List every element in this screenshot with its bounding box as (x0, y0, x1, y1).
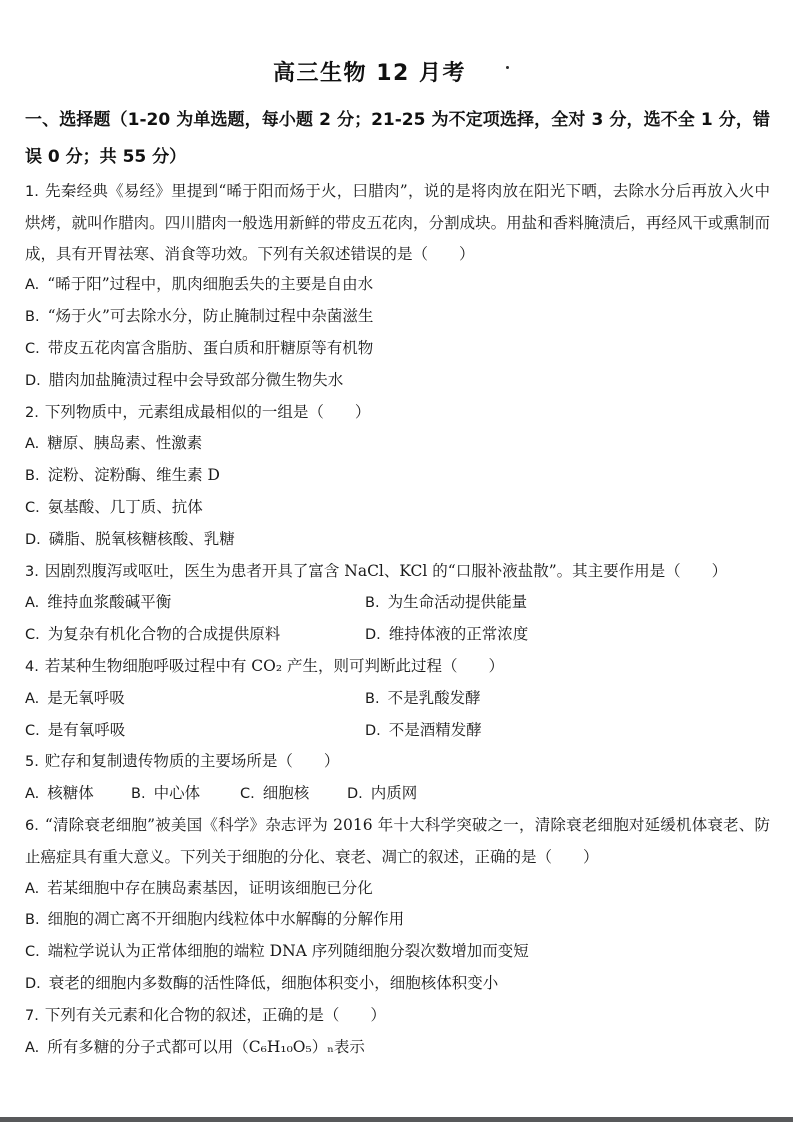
option-label: A. (25, 595, 47, 611)
option-text: 端粒学说认为正常体细胞的端粒 DNA 序列随细胞分裂次数增加而变短 (48, 942, 529, 960)
option-a: A.核糖体 (25, 778, 131, 810)
question-body: “清除衰老细胞”被美国《科学》杂志评为 2016 年十大科学突破之一，清除衰老细… (25, 816, 770, 866)
question-text: 2.下列物质中，元素组成最相似的一组是（ ） (25, 397, 770, 429)
option-label: B. (365, 691, 388, 707)
option-label: D. (25, 532, 49, 548)
option-d: D.磷脂、脱氧核糖核酸、乳糖 (25, 524, 770, 556)
option-text: 带皮五花肉富含脂肪、蛋白质和肝糖原等有机物 (48, 339, 374, 357)
option-label: D. (25, 373, 49, 389)
question-list: 1.先秦经典《易经》里提到“晞于阳而炀于火，曰腊肉”，说的是将肉放在阳光下晒，去… (25, 176, 770, 1063)
option-b: B.不是乳酸发酵 (365, 683, 770, 715)
option-c: C.是有氧呼吸 (25, 715, 365, 747)
page-content: 高三生物 12 月考 一、选择题（1-20 为单选题，每小题 2 分；21-25… (0, 0, 793, 1063)
question-body: 若某种生物细胞呼吸过程中有 CO₂ 产生，则可判断此过程（ ） (45, 657, 504, 675)
question-body: 下列有关元素和化合物的叙述，正确的是（ ） (45, 1006, 386, 1024)
option-label: A. (25, 277, 47, 293)
section-header: 一、选择题（1-20 为单选题，每小题 2 分；21-25 为不定项选择，全对 … (25, 102, 770, 176)
option-text: 细胞核 (263, 784, 310, 802)
option-b: B.细胞的凋亡离不开细胞内线粒体中水解酶的分解作用 (25, 904, 770, 936)
option-c: C.端粒学说认为正常体细胞的端粒 DNA 序列随细胞分裂次数增加而变短 (25, 936, 770, 968)
option-text: 中心体 (154, 784, 201, 802)
option-c: C.为复杂有机化合物的合成提供原料 (25, 619, 365, 651)
option-b: B.中心体 (131, 778, 240, 810)
question-number: 7. (25, 1008, 45, 1024)
option-text: 核糖体 (47, 784, 94, 802)
option-text: 糖原、胰岛素、性激素 (47, 434, 202, 452)
option-d: D.腊肉加盐腌渍过程中会导致部分微生物失水 (25, 365, 770, 397)
question-body: 下列物质中，元素组成最相似的一组是（ ） (45, 403, 371, 421)
options-list: A.维持血浆酸碱平衡 B.为生命活动提供能量 C.为复杂有机化合物的合成提供原料… (25, 587, 770, 651)
question-3: 3.因剧烈腹泻或呕吐，医生为患者开具了富含 NaCl、KCl 的“口服补液盐散”… (25, 556, 770, 651)
option-text: 所有多糖的分子式都可以用（C₆H₁₀O₅）ₙ表示 (47, 1038, 365, 1056)
option-text: 维持体液的正常浓度 (389, 625, 529, 643)
question-number: 4. (25, 659, 45, 675)
option-label: D. (365, 627, 389, 643)
question-body: 因剧烈腹泻或呕吐，医生为患者开具了富含 NaCl、KCl 的“口服补液盐散”。其… (45, 562, 727, 580)
option-text: 为复杂有机化合物的合成提供原料 (48, 625, 281, 643)
option-text: 不是酒精发酵 (389, 721, 482, 739)
question-number: 1. (25, 184, 45, 200)
option-label: A. (25, 436, 47, 452)
option-label: A. (25, 1040, 47, 1056)
page-title: 高三生物 12 月考 (0, 0, 742, 89)
question-text: 7.下列有关元素和化合物的叙述，正确的是（ ） (25, 1000, 770, 1032)
option-label: C. (25, 944, 48, 960)
option-label: B. (25, 912, 48, 928)
option-text: “炀于火”可去除水分，防止腌制过程中杂菌滋生 (48, 307, 374, 325)
question-body: 先秦经典《易经》里提到“晞于阳而炀于火，曰腊肉”，说的是将肉放在阳光下晒，去除水… (25, 182, 770, 263)
option-label: A. (25, 881, 47, 897)
option-label: D. (365, 723, 389, 739)
option-text: 为生命活动提供能量 (388, 593, 528, 611)
question-6: 6.“清除衰老细胞”被美国《科学》杂志评为 2016 年十大科学突破之一，清除衰… (25, 810, 770, 1000)
option-label: A. (25, 786, 47, 802)
option-b: B.“炀于火”可去除水分，防止腌制过程中杂菌滋生 (25, 301, 770, 333)
option-d: D.内质网 (347, 778, 770, 810)
option-d: D.不是酒精发酵 (365, 715, 770, 747)
options-list: A.“晞于阳”过程中，肌肉细胞丢失的主要是自由水 B.“炀于火”可去除水分，防止… (25, 269, 770, 396)
option-a: A.维持血浆酸碱平衡 (25, 587, 365, 619)
option-a: A.是无氧呼吸 (25, 683, 365, 715)
option-label: C. (25, 500, 48, 516)
question-number: 6. (25, 818, 45, 834)
option-a: A.若某细胞中存在胰岛素基因，证明该细胞已分化 (25, 873, 770, 905)
options-list: A.所有多糖的分子式都可以用（C₆H₁₀O₅）ₙ表示 (25, 1032, 770, 1064)
question-number: 5. (25, 754, 45, 770)
option-label: A. (25, 691, 47, 707)
question-4: 4.若某种生物细胞呼吸过程中有 CO₂ 产生，则可判断此过程（ ） A.是无氧呼… (25, 651, 770, 746)
option-text: “晞于阳”过程中，肌肉细胞丢失的主要是自由水 (47, 275, 373, 293)
options-list: A.若某细胞中存在胰岛素基因，证明该细胞已分化 B.细胞的凋亡离不开细胞内线粒体… (25, 873, 770, 1000)
option-label: C. (25, 627, 48, 643)
question-body: 贮存和复制遗传物质的主要场所是（ ） (45, 752, 340, 770)
options-list: A.是无氧呼吸 B.不是乳酸发酵 C.是有氧呼吸 D.不是酒精发酵 (25, 683, 770, 747)
question-number: 3. (25, 564, 45, 580)
exam-page: 高三生物 12 月考 一、选择题（1-20 为单选题，每小题 2 分；21-25… (0, 0, 793, 1122)
option-label: B. (25, 309, 48, 325)
question-7: 7.下列有关元素和化合物的叙述，正确的是（ ） A.所有多糖的分子式都可以用（C… (25, 1000, 770, 1064)
question-text: 5.贮存和复制遗传物质的主要场所是（ ） (25, 746, 770, 778)
option-text: 腊肉加盐腌渍过程中会导致部分微生物失水 (49, 371, 344, 389)
question-text: 3.因剧烈腹泻或呕吐，医生为患者开具了富含 NaCl、KCl 的“口服补液盐散”… (25, 556, 770, 588)
option-label: C. (25, 341, 48, 357)
option-a: A.所有多糖的分子式都可以用（C₆H₁₀O₅）ₙ表示 (25, 1032, 770, 1064)
question-5: 5.贮存和复制遗传物质的主要场所是（ ） A.核糖体 B.中心体 C.细胞核 D… (25, 746, 770, 810)
option-text: 是有氧呼吸 (48, 721, 126, 739)
options-list: A.糖原、胰岛素、性激素 B.淀粉、淀粉酶、维生素 D C.氨基酸、几丁质、抗体… (25, 428, 770, 555)
option-label: B. (365, 595, 388, 611)
question-text: 1.先秦经典《易经》里提到“晞于阳而炀于火，曰腊肉”，说的是将肉放在阳光下晒，去… (25, 176, 770, 269)
option-d: D.维持体液的正常浓度 (365, 619, 770, 651)
option-d: D.衰老的细胞内多数酶的活性降低，细胞体积变小，细胞核体积变小 (25, 968, 770, 1000)
option-a: A.“晞于阳”过程中，肌肉细胞丢失的主要是自由水 (25, 269, 770, 301)
option-text: 维持血浆酸碱平衡 (47, 593, 171, 611)
option-text: 氨基酸、几丁质、抗体 (48, 498, 203, 516)
option-c: C.带皮五花肉富含脂肪、蛋白质和肝糖原等有机物 (25, 333, 770, 365)
question-text: 4.若某种生物细胞呼吸过程中有 CO₂ 产生，则可判断此过程（ ） (25, 651, 770, 683)
option-label: B. (131, 786, 154, 802)
question-text: 6.“清除衰老细胞”被美国《科学》杂志评为 2016 年十大科学突破之一，清除衰… (25, 810, 770, 873)
option-text: 淀粉、淀粉酶、维生素 D (48, 466, 220, 484)
option-label: B. (25, 468, 48, 484)
question-2: 2.下列物质中，元素组成最相似的一组是（ ） A.糖原、胰岛素、性激素 B.淀粉… (25, 397, 770, 556)
option-text: 衰老的细胞内多数酶的活性降低，细胞体积变小，细胞核体积变小 (49, 974, 499, 992)
question-number: 2. (25, 405, 45, 421)
option-label: C. (240, 786, 263, 802)
question-1: 1.先秦经典《易经》里提到“晞于阳而炀于火，曰腊肉”，说的是将肉放在阳光下晒，去… (25, 176, 770, 397)
option-text: 是无氧呼吸 (47, 689, 125, 707)
option-text: 若某细胞中存在胰岛素基因，证明该细胞已分化 (47, 879, 373, 897)
footer-bar (0, 1117, 793, 1122)
option-c: C.细胞核 (240, 778, 347, 810)
option-label: C. (25, 723, 48, 739)
options-list: A.核糖体 B.中心体 C.细胞核 D.内质网 (25, 778, 770, 810)
option-text: 不是乳酸发酵 (388, 689, 481, 707)
option-b: B.为生命活动提供能量 (365, 587, 770, 619)
option-b: B.淀粉、淀粉酶、维生素 D (25, 460, 770, 492)
option-text: 磷脂、脱氧核糖核酸、乳糖 (49, 530, 235, 548)
option-c: C.氨基酸、几丁质、抗体 (25, 492, 770, 524)
option-a: A.糖原、胰岛素、性激素 (25, 428, 770, 460)
option-text: 细胞的凋亡离不开细胞内线粒体中水解酶的分解作用 (48, 910, 405, 928)
option-text: 内质网 (371, 784, 418, 802)
option-label: D. (25, 976, 49, 992)
option-label: D. (347, 786, 371, 802)
